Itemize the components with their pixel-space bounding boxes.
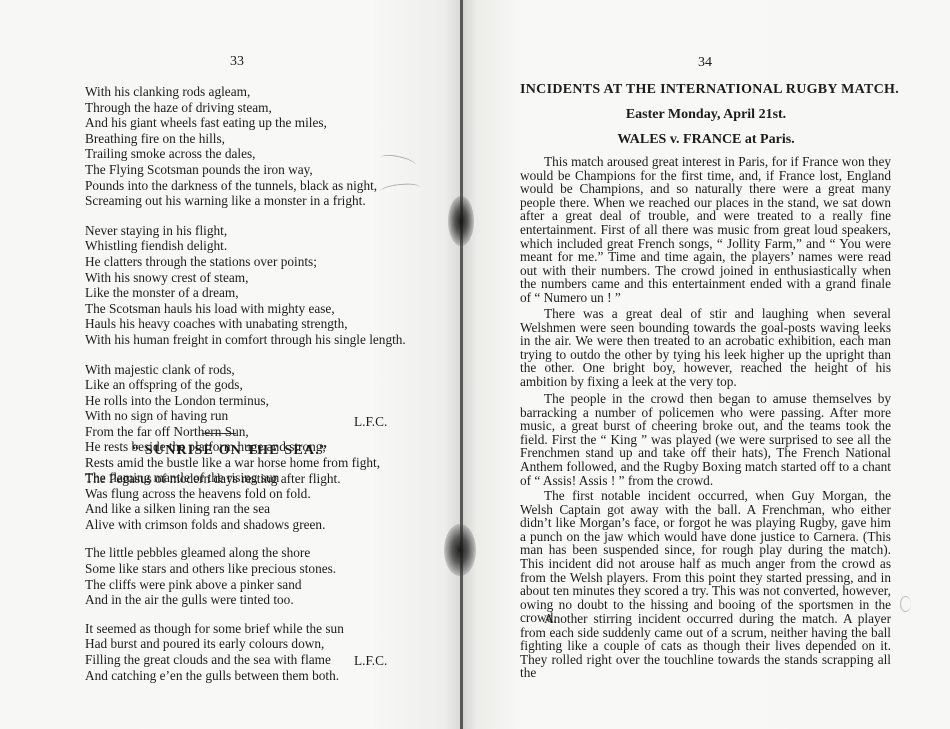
- poem-line: With majestic clank of rods,: [85, 362, 406, 378]
- poem-line: He clatters through the stations over po…: [85, 254, 406, 270]
- poem-line: Trailing smoke across the dales,: [85, 146, 406, 162]
- poem-line: The little pebbles gleamed along the sho…: [85, 545, 344, 561]
- poem-line: The cliffs were pink above a pinker sand: [85, 577, 344, 593]
- book-spine: [460, 0, 463, 729]
- poem-line: Alive with crimson folds and shadows gre…: [85, 517, 344, 533]
- poem-line: The Flying Scotsman pounds the iron way,: [85, 162, 406, 178]
- poem-line: It seemed as though for some brief while…: [85, 621, 344, 637]
- ink-blot-lower: [444, 524, 476, 576]
- stanza: Never staying in his flight, Whistling f…: [85, 223, 406, 348]
- stanza: It seemed as though for some brief while…: [85, 621, 344, 683]
- poem-line: The Scotsman hauls his load with mighty …: [85, 301, 406, 317]
- article-paragraph: The people in the crowd then began to am…: [520, 392, 891, 487]
- poem-line: The flaming mantle of the rising sun: [85, 470, 344, 486]
- poem-line: Had burst and poured its early colours d…: [85, 636, 344, 652]
- stanza: The little pebbles gleamed along the sho…: [85, 545, 344, 607]
- article-paragraph: There was a great deal of stir and laugh…: [520, 307, 891, 389]
- poem-line: Like an offspring of the gods,: [85, 377, 406, 393]
- article-title: INCIDENTS AT THE INTERNATIONAL RUGBY MAT…: [520, 82, 892, 98]
- poem-line: Whistling fiendish delight.: [85, 238, 406, 254]
- poem-line: Hauls his heavy coaches with unabating s…: [85, 316, 406, 332]
- article-paragraph: This match aroused great interest in Par…: [520, 155, 891, 305]
- article-date: Easter Monday, April 21st.: [520, 107, 892, 123]
- page-number-right: 34: [690, 55, 720, 71]
- ink-blot-upper: [448, 196, 474, 246]
- stanza: With his clanking rods agleam, Through t…: [85, 84, 406, 209]
- article-match: WALES v. FRANCE at Paris.: [520, 132, 892, 148]
- page-number-left: 33: [222, 54, 252, 70]
- article-paragraph: Another stirring incident occurred durin…: [520, 612, 891, 680]
- poem-line: And catching e’en the gulls between them…: [85, 668, 344, 684]
- poem-line: Never staying in his flight,: [85, 223, 406, 239]
- poem-sunrise-on-the-sea: The flaming mantle of the rising sun Was…: [85, 470, 344, 697]
- poem-line: Breathing fire on the hills,: [85, 131, 406, 147]
- pencil-mark: [900, 596, 911, 612]
- stanza: The flaming mantle of the rising sun Was…: [85, 470, 344, 532]
- poem-flying-scotsman: With his clanking rods agleam, Through t…: [85, 84, 406, 500]
- poem-line: Filling the great clouds and the sea wit…: [85, 652, 344, 668]
- poem-line: Was flung across the heavens fold on fol…: [85, 486, 344, 502]
- poem-line: Screaming out his warning like a monster…: [85, 193, 406, 209]
- poem-title-sunrise: “ SUNRISE ON THE SEA.”: [132, 443, 328, 459]
- signature-poem2: L.F.C.: [354, 653, 387, 669]
- poem-line: And like a silken lining ran the sea: [85, 501, 344, 517]
- poem-line: With his clanking rods agleam,: [85, 84, 406, 100]
- section-divider: [202, 433, 236, 434]
- poem-line: And in the air the gulls were tinted too…: [85, 592, 344, 608]
- poem-line: Pounds into the darkness of the tunnels,…: [85, 178, 406, 194]
- poem-line: Like the monster of a dream,: [85, 285, 406, 301]
- poem-line: And his giant wheels fast eating up the …: [85, 115, 406, 131]
- poem-line: He rolls into the London terminus,: [85, 393, 406, 409]
- signature-poem1: L.F.C.: [354, 414, 387, 430]
- poem-line: Through the haze of driving steam,: [85, 100, 406, 116]
- poem-line: With his human freight in comfort throug…: [85, 332, 406, 348]
- poem-line: Some like stars and others like precious…: [85, 561, 344, 577]
- article-paragraph: The first notable incident occurred, whe…: [520, 489, 891, 625]
- poem-line: With his snowy crest of steam,: [85, 270, 406, 286]
